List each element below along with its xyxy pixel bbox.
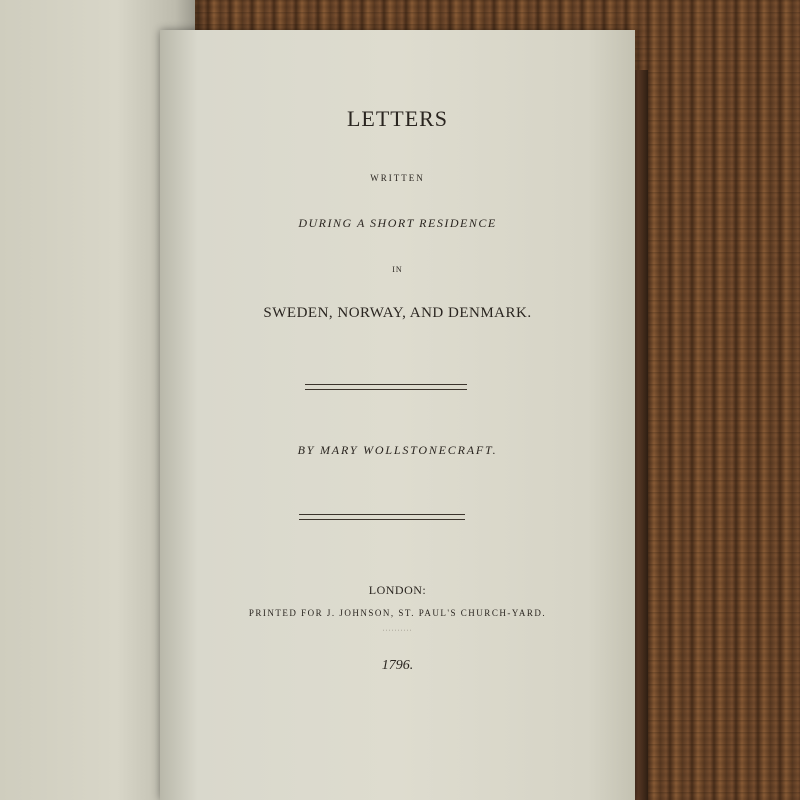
imprint-line: PRINTED FOR J. JOHNSON, ST. PAUL'S CHURC… xyxy=(160,608,635,618)
ornament: ·········· xyxy=(160,628,635,634)
book-title: LETTERS xyxy=(160,106,635,132)
author-line: BY MARY WOLLSTONECRAFT. xyxy=(160,443,635,458)
place-of-publication: LONDON: xyxy=(160,583,635,598)
publication-year: 1796. xyxy=(160,658,635,674)
double-rule-bottom xyxy=(299,514,465,520)
subtitle-countries: SWEDEN, NORWAY, AND DENMARK. xyxy=(160,305,635,322)
subtitle-residence: DURING A SHORT RESIDENCE xyxy=(160,216,635,231)
double-rule-top xyxy=(305,384,467,390)
subtitle-in: IN xyxy=(160,265,635,274)
subtitle-written: WRITTEN xyxy=(160,173,635,183)
title-page: LETTERS WRITTEN DURING A SHORT RESIDENCE… xyxy=(160,30,635,800)
